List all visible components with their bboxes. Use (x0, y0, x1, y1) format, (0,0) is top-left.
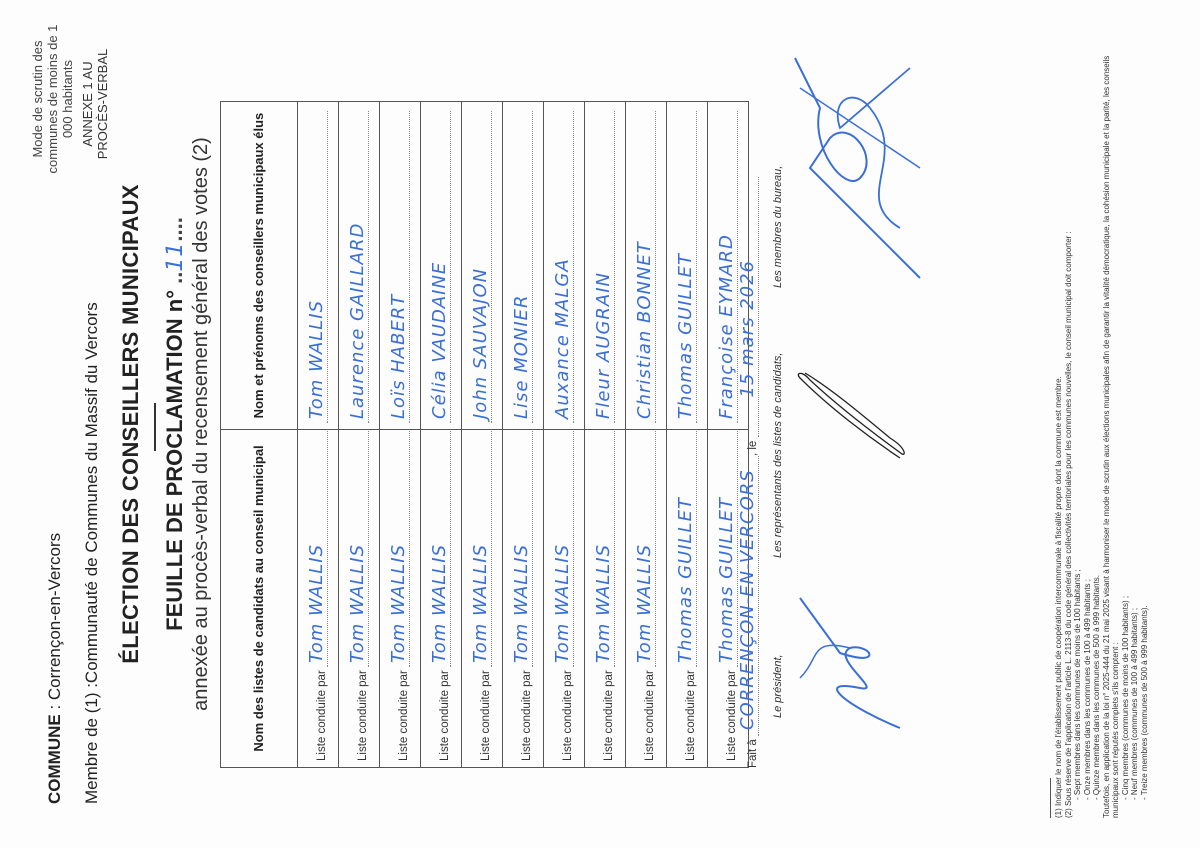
commune-label: COMMUNE (45, 714, 64, 804)
date-value: 15 mars 2026 (737, 260, 758, 398)
list-cell: Liste conduite par Tom WALLIS (626, 430, 667, 768)
list-leader: Tom WALLIS (388, 544, 409, 663)
elected-name: Fleur AUGRAIN (593, 272, 614, 419)
representant-signature-icon (790, 358, 910, 468)
fait-line: Fait à CORRENÇON-EN-VERCORS, le 15 mars … (740, 177, 759, 768)
header-elected: Nom et prénoms des conseillers municipau… (221, 102, 298, 430)
elected-name: Laurence GAILLARD (347, 223, 368, 419)
elected-cell: Loïs HABERT (380, 102, 421, 430)
commune-line: COMMUNE : Corrençon-en-Vercors (45, 533, 65, 804)
table-row: Liste conduite par Tom WALLISLoïs HABERT (380, 102, 421, 768)
footnotes: (1) Indiquer le nom de l'établissement p… (1050, 18, 1149, 818)
fait-place-field: CORRENÇON-EN-VERCORS (740, 456, 759, 736)
elected-field: Célia VAUDAINE (432, 111, 451, 423)
list-cell: Liste conduite par Tom WALLIS (585, 430, 626, 768)
footnote-toutefois: Toutefois, en application de la loi n° 2… (1102, 18, 1121, 818)
membre-label: Membre de (1) : (82, 683, 101, 804)
row-prefix: Liste conduite par (480, 670, 492, 761)
proclamation-sheet: COMMUNE : Corrençon-en-Vercors Membre de… (0, 0, 1200, 848)
elected-cell: Lise MONIER (503, 102, 544, 430)
le-label: , le (747, 441, 759, 456)
elected-field: Françoise EYMARD (719, 111, 738, 423)
elected-name: Thomas GUILLET (675, 253, 696, 419)
table-row: Liste conduite par Tom WALLISCélia VAUDA… (421, 102, 462, 768)
elected-cell: Tom WALLIS (298, 102, 339, 430)
list-leader-field: Tom WALLIS (309, 430, 328, 668)
list-leader-field: Tom WALLIS (555, 430, 574, 668)
list-cell: Liste conduite par Tom WALLIS (544, 430, 585, 768)
footnote-2-item: - Sept membres dans les communes de moin… (1073, 18, 1083, 818)
page-title: ÉLECTION DES CONSEILLERS MUNICIPAUX (118, 0, 144, 848)
row-prefix: Liste conduite par (439, 670, 451, 761)
list-leader-field: Thomas GUILLET (678, 430, 697, 668)
footnote-2-item: - Quinze membres dans les communes de 50… (1092, 18, 1102, 818)
list-leader: Tom WALLIS (552, 544, 573, 663)
elected-cell: Célia VAUDAINE (421, 102, 462, 430)
list-leader: Tom WALLIS (306, 544, 327, 663)
elected-name: Auxance MALGA (552, 258, 573, 419)
elected-field: Auxance MALGA (555, 111, 574, 423)
subtitle: annexée au procès-verbal du recensement … (190, 0, 213, 848)
footnote-toutefois-item: - Neuf membres (communes de 100 à 499 ha… (1130, 18, 1140, 818)
list-leader: Tom WALLIS (511, 544, 532, 663)
elected-name: Françoise EYMARD (716, 234, 737, 419)
elected-name: John SAUVAJON (470, 268, 491, 419)
elected-field: Fleur AUGRAIN (596, 111, 615, 423)
footnote-1: (1) Indiquer le nom de l'établissement p… (1054, 18, 1064, 818)
elected-field: Thomas GUILLET (678, 111, 697, 423)
bureau-signatures-icon (790, 48, 930, 288)
list-leader-field: Tom WALLIS (350, 430, 369, 668)
list-leader-field: Thomas GUILLET (719, 430, 738, 668)
table-row: Liste conduite par Thomas GUILLETThomas … (667, 102, 708, 768)
elected-name: Tom WALLIS (306, 300, 327, 419)
mode-scrutin: Mode de scrutin des communes de moins de… (30, 14, 75, 184)
list-leader-field: Tom WALLIS (596, 430, 615, 668)
row-prefix: Liste conduite par (398, 670, 410, 761)
list-leader-field: Tom WALLIS (473, 430, 492, 668)
footnote-separator (1050, 778, 1051, 818)
row-prefix: Liste conduite par (603, 670, 615, 761)
row-prefix: Liste conduite par (357, 670, 369, 761)
elected-name: Lise MONIER (511, 294, 532, 419)
footnote-toutefois-item: - Treize membres (communes de 500 à 999 … (1140, 18, 1150, 818)
footnote-2: (2) Sous réserve de l'application de l'a… (1064, 18, 1074, 818)
table-row: Liste conduite par Tom WALLISChristian B… (626, 102, 667, 768)
feuille-number: 11 (163, 242, 188, 272)
elected-field: Loïs HABERT (391, 111, 410, 423)
list-leader: Tom WALLIS (347, 544, 368, 663)
elected-field: Christian BONNET (637, 111, 656, 423)
list-leader: Tom WALLIS (593, 544, 614, 663)
elected-name: Loïs HABERT (388, 294, 409, 419)
list-leader: Thomas GUILLET (716, 497, 737, 663)
elected-cell: John SAUVAJON (462, 102, 503, 430)
elected-cell: Laurence GAILLARD (339, 102, 380, 430)
list-cell: Liste conduite par Tom WALLIS (380, 430, 421, 768)
title-divider (154, 403, 156, 451)
bureau-label: Les membres du bureau, (772, 166, 784, 288)
elected-cell: Auxance MALGA (544, 102, 585, 430)
list-cell: Liste conduite par Tom WALLIS (339, 430, 380, 768)
footnote-toutefois-item: - Cinq membres (communes de moins de 100… (1121, 18, 1131, 818)
list-leader-field: Tom WALLIS (391, 430, 410, 668)
row-prefix: Liste conduite par (316, 670, 328, 761)
table-row: Liste conduite par Tom WALLISAuxance MAL… (544, 102, 585, 768)
table-row: Liste conduite par Tom WALLISLise MONIER (503, 102, 544, 768)
footnote-2-item: - Onze membres dans les communes de 100 … (1083, 18, 1093, 818)
president-signature-icon (790, 588, 910, 738)
feuille-label: FEUILLE DE PROCLAMATION n° (162, 290, 187, 631)
elected-field: Lise MONIER (514, 111, 533, 423)
elected-field: Tom WALLIS (309, 111, 328, 423)
representants-label: Les représentants des listes de candidat… (772, 353, 784, 558)
results-table: Nom des listes de candidats au conseil m… (220, 101, 749, 768)
list-leader: Tom WALLIS (429, 544, 450, 663)
membre-line: Membre de (1) :Communauté de Communes du… (82, 302, 102, 804)
feuille-title: FEUILLE DE PROCLAMATION n° ..11.... (162, 0, 188, 848)
row-prefix: Liste conduite par (562, 670, 574, 761)
list-cell: Liste conduite par Tom WALLIS (421, 430, 462, 768)
membre-value: Communauté de Communes du Massif du Verc… (82, 302, 101, 683)
elected-cell: Thomas GUILLET (667, 102, 708, 430)
table-row: Liste conduite par Tom WALLISFleur AUGRA… (585, 102, 626, 768)
row-prefix: Liste conduite par (685, 670, 697, 761)
table-row: Liste conduite par Tom WALLISLaurence GA… (339, 102, 380, 768)
list-cell: Liste conduite par Tom WALLIS (298, 430, 339, 768)
list-leader-field: Tom WALLIS (514, 430, 533, 668)
annexe-label: ANNEXE 1 AU PROCÈS-VERBAL (80, 44, 110, 164)
row-prefix: Liste conduite par (726, 670, 738, 761)
list-leader-field: Tom WALLIS (432, 430, 451, 668)
list-leader: Thomas GUILLET (675, 497, 696, 663)
table-row: Liste conduite par Tom WALLISJohn SAUVAJ… (462, 102, 503, 768)
table-row: Liste conduite par Tom WALLISTom WALLIS (298, 102, 339, 768)
list-leader-field: Tom WALLIS (637, 430, 656, 668)
list-leader: Tom WALLIS (634, 544, 655, 663)
list-cell: Liste conduite par Tom WALLIS (462, 430, 503, 768)
elected-name: Christian BONNET (634, 241, 655, 419)
elected-cell: Fleur AUGRAIN (585, 102, 626, 430)
header-lists: Nom des listes de candidats au conseil m… (221, 430, 298, 768)
fait-place: CORRENÇON-EN-VERCORS (737, 469, 758, 730)
elected-name: Célia VAUDAINE (429, 262, 450, 419)
date-field: 15 mars 2026 (740, 177, 759, 437)
list-cell: Liste conduite par Thomas GUILLET (667, 430, 708, 768)
list-leader: Tom WALLIS (470, 544, 491, 663)
fait-label: Fait à (747, 739, 759, 768)
elected-field: John SAUVAJON (473, 111, 492, 423)
list-cell: Liste conduite par Tom WALLIS (503, 430, 544, 768)
row-prefix: Liste conduite par (644, 670, 656, 761)
elected-field: Laurence GAILLARD (350, 111, 369, 423)
commune-value: Corrençon-en-Vercors (45, 533, 64, 700)
elected-cell: Christian BONNET (626, 102, 667, 430)
president-label: Le président, (772, 654, 784, 718)
row-prefix: Liste conduite par (521, 670, 533, 761)
